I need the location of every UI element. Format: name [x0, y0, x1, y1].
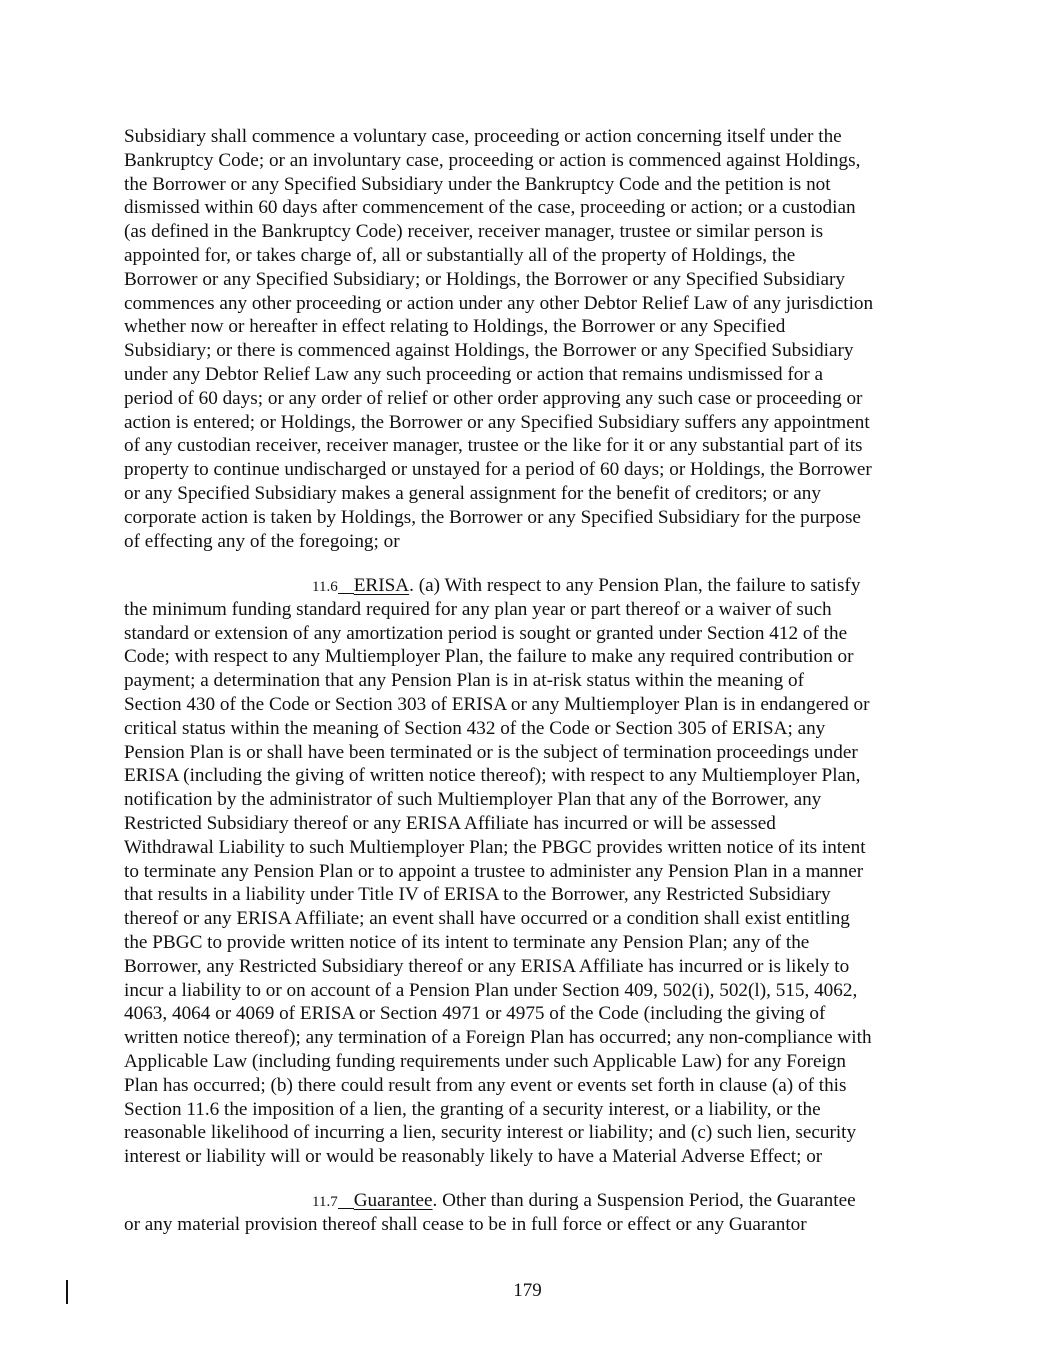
- body-text-line: Restricted Subsidiary thereof or any ERI…: [124, 812, 934, 836]
- body-text-line: period of 60 days; or any order of relie…: [124, 387, 934, 411]
- body-text-line: or any material provision thereof shall …: [124, 1213, 934, 1237]
- heading-underline-gap: [338, 1192, 354, 1209]
- body-text-line: 4063, 4064 or 4069 of ERISA or Section 4…: [124, 1002, 934, 1026]
- body-text-line: notification by the administrator of suc…: [124, 788, 934, 812]
- body-text-line: Code; with respect to any Multiemployer …: [124, 645, 934, 669]
- body-text-line: reasonable likelihood of incurring a lie…: [124, 1121, 934, 1145]
- body-text-line: to terminate any Pension Plan or to appo…: [124, 860, 934, 884]
- body-text-line: dismissed within 60 days after commencem…: [124, 196, 934, 220]
- body-text-line: Withdrawal Liability to such Multiemploy…: [124, 836, 934, 860]
- section-heading-line: 11.7Guarantee. Other than during a Suspe…: [124, 1189, 934, 1213]
- body-text-line: Bankruptcy Code; or an involuntary case,…: [124, 149, 934, 173]
- body-text-line: Pension Plan is or shall have been termi…: [124, 741, 934, 765]
- body-text-line: of effecting any of the foregoing; or: [124, 530, 934, 554]
- body-text-line: whether now or hereafter in effect relat…: [124, 315, 934, 339]
- section-11-7-guarantee: 11.7Guarantee. Other than during a Suspe…: [124, 1189, 934, 1237]
- section-number: 11.7: [312, 1194, 338, 1210]
- body-text-line: that results in a liability under Title …: [124, 883, 934, 907]
- section-title: ERISA: [354, 575, 409, 596]
- body-text-line: under any Debtor Relief Law any such pro…: [124, 363, 934, 387]
- section-first-line-text: . (a) With respect to any Pension Plan, …: [409, 575, 860, 596]
- body-text-line: Subsidiary shall commence a voluntary ca…: [124, 125, 934, 149]
- body-text-line: Plan has occurred; (b) there could resul…: [124, 1074, 934, 1098]
- body-text-line: Applicable Law (including funding requir…: [124, 1050, 934, 1074]
- body-text-line: Borrower or any Specified Subsidiary; or…: [124, 268, 934, 292]
- section-heading-line: 11.6ERISA. (a) With respect to any Pensi…: [124, 574, 934, 598]
- section-first-line-text: . Other than during a Suspension Period,…: [433, 1190, 856, 1211]
- body-text-line: appointed for, or takes charge of, all o…: [124, 244, 934, 268]
- body-text-line: commences any other proceeding or action…: [124, 292, 934, 316]
- body-text-line: critical status within the meaning of Se…: [124, 717, 934, 741]
- body-text-line: standard or extension of any amortizatio…: [124, 622, 934, 646]
- body-text-line: property to continue undischarged or uns…: [124, 458, 934, 482]
- section-title: Guarantee: [354, 1190, 433, 1211]
- body-text-line: or any Specified Subsidiary makes a gene…: [124, 482, 934, 506]
- body-text-line: thereof or any ERISA Affiliate; an event…: [124, 907, 934, 931]
- body-text-line: (as defined in the Bankruptcy Code) rece…: [124, 220, 934, 244]
- document-page: Subsidiary shall commence a voluntary ca…: [0, 0, 1055, 1365]
- body-text-line: written notice thereof); any termination…: [124, 1026, 934, 1050]
- body-text-line: Borrower, any Restricted Subsidiary ther…: [124, 955, 934, 979]
- body-text-line: Section 11.6 the imposition of a lien, t…: [124, 1098, 934, 1122]
- body-text-line: interest or liability will or would be r…: [124, 1145, 934, 1169]
- body-text-line: of any custodian receiver, receiver mana…: [124, 434, 934, 458]
- paragraph-bankruptcy-continuation: Subsidiary shall commence a voluntary ca…: [124, 125, 934, 553]
- body-text-line: action is entered; or Holdings, the Borr…: [124, 411, 934, 435]
- body-text-line: incur a liability to or on account of a …: [124, 979, 934, 1003]
- body-text-line: ERISA (including the giving of written n…: [124, 764, 934, 788]
- page-number: 179: [0, 1280, 1055, 1302]
- body-text-line: the minimum funding standard required fo…: [124, 598, 934, 622]
- body-text-line: the Borrower or any Specified Subsidiary…: [124, 173, 934, 197]
- section-number: 11.6: [312, 579, 338, 595]
- section-11-6-erisa: 11.6ERISA. (a) With respect to any Pensi…: [124, 574, 934, 1169]
- heading-underline-gap: [338, 577, 354, 594]
- body-text-line: payment; a determination that any Pensio…: [124, 669, 934, 693]
- body-text-line: Section 430 of the Code or Section 303 o…: [124, 693, 934, 717]
- body-text-line: Subsidiary; or there is commenced agains…: [124, 339, 934, 363]
- body-text-line: the PBGC to provide written notice of it…: [124, 931, 934, 955]
- body-text-line: corporate action is taken by Holdings, t…: [124, 506, 934, 530]
